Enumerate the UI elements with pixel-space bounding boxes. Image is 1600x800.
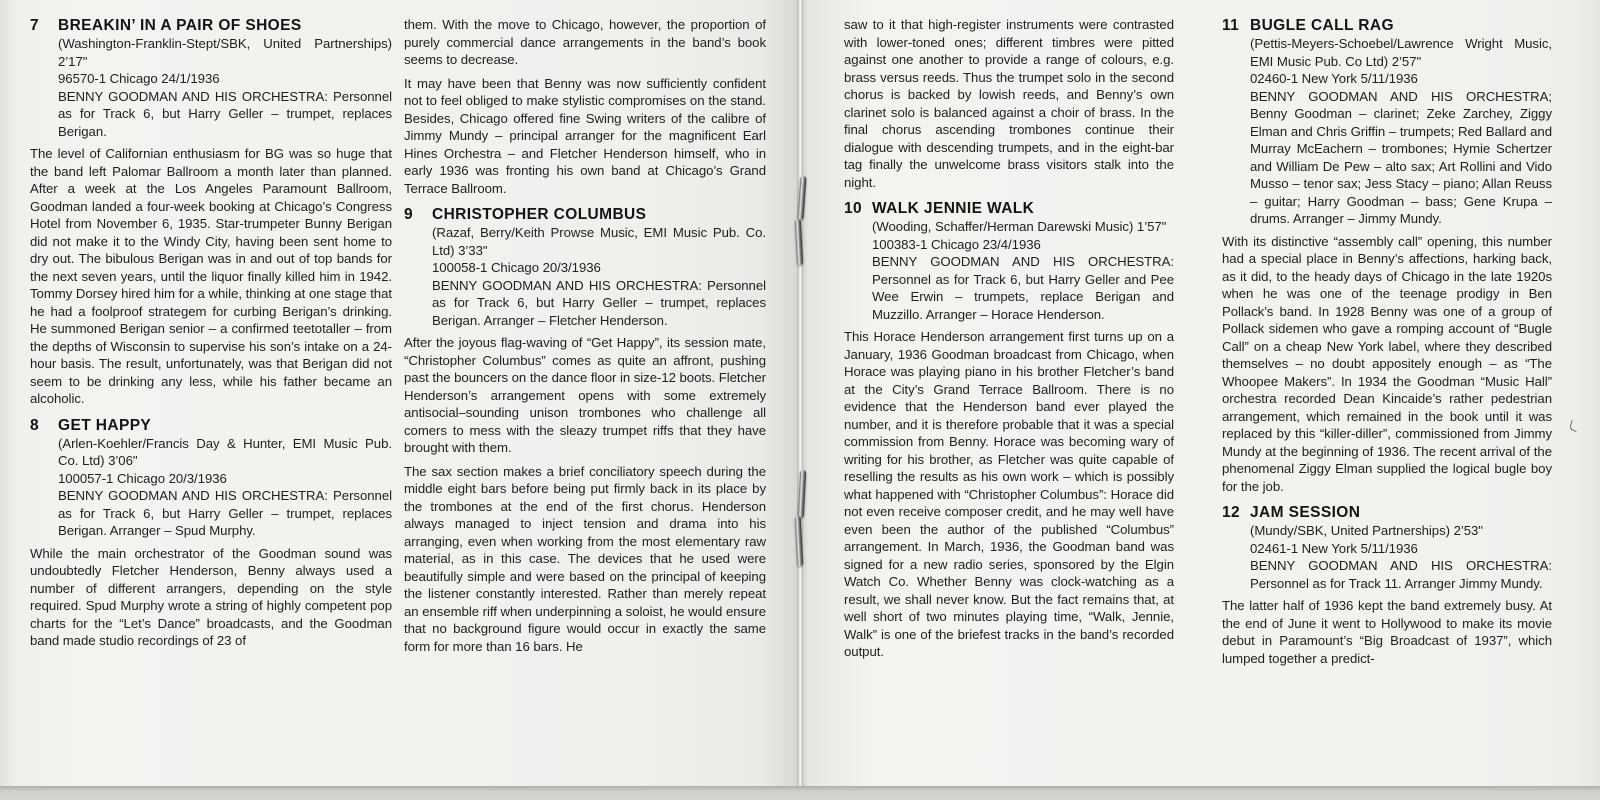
track-credits: (Washington-Franklin-Stept/SBK, United P…: [58, 35, 392, 70]
track-personnel: BENNY GOODMAN AND HIS ORCHESTRA: Personn…: [432, 277, 766, 330]
track-credits: (Arlen-Koehler/Francis Day & Hunter, EMI…: [58, 435, 392, 470]
column-3: saw to it that high-register instruments…: [844, 16, 1174, 661]
track-personnel: BENNY GOODMAN AND HIS ORCHESTRA: Personn…: [1250, 557, 1552, 592]
body-paragraph: them. With the move to Chicago, however,…: [404, 16, 766, 69]
track-title: CHRISTOPHER COLUMBUS: [432, 205, 766, 224]
track-entry-12: 12 JAM SESSION (Mundy/SBK, United Partne…: [1222, 503, 1552, 592]
body-paragraph: saw to it that high-register instruments…: [844, 16, 1174, 191]
track-entry-9: 9 CHRISTOPHER COLUMBUS (Razaf, Berry/Kei…: [404, 205, 766, 329]
track-personnel: BENNY GOODMAN AND HIS ORCHESTRA: Personn…: [58, 487, 392, 540]
track-personnel: BENNY GOODMAN AND HIS ORCHESTRA: Personn…: [872, 253, 1174, 323]
track-title: GET HAPPY: [58, 416, 392, 435]
track-credits: (Wooding, Schaffer/Herman Darewski Music…: [872, 218, 1174, 236]
track-number: 9: [404, 205, 432, 224]
track-matrix: 02460-1 New York 5/11/1936: [1250, 70, 1552, 88]
track-credits: (Mundy/SBK, United Partnerships) 2’53": [1250, 522, 1552, 540]
body-paragraph: With its distinctive “assembly call” ope…: [1222, 233, 1552, 496]
body-paragraph: After the joyous flag-waving of “Get Hap…: [404, 334, 766, 457]
body-paragraph: This Horace Henderson arrangement first …: [844, 328, 1174, 661]
track-matrix: 02461-1 New York 5/11/1936: [1250, 540, 1552, 558]
booklet-scan: 7 BREAKIN’ IN A PAIR OF SHOES (Washingto…: [0, 0, 1600, 800]
track-entry-8: 8 GET HAPPY (Arlen-Koehler/Francis Day &…: [30, 416, 392, 540]
track-matrix: 100058-1 Chicago 20/3/1936: [432, 259, 766, 277]
track-entry-7: 7 BREAKIN’ IN A PAIR OF SHOES (Washingto…: [30, 16, 392, 140]
track-matrix: 100057-1 Chicago 20/3/1936: [58, 470, 392, 488]
body-paragraph: The level of Californian enthusiasm for …: [30, 145, 392, 408]
column-1: 7 BREAKIN’ IN A PAIR OF SHOES (Washingto…: [30, 16, 392, 650]
track-number: 12: [1222, 503, 1250, 522]
track-matrix: 100383-1 Chicago 23/4/1936: [872, 236, 1174, 254]
track-number: 10: [844, 199, 872, 218]
track-matrix: 96570-1 Chicago 24/1/1936: [58, 70, 392, 88]
track-title: WALK JENNIE WALK: [872, 199, 1174, 218]
track-personnel: BENNY GOODMAN AND HIS ORCHESTRA: Personn…: [58, 88, 392, 141]
page-bottom-edge: [0, 786, 1600, 800]
track-credits: (Razaf, Berry/Keith Prowse Music, EMI Mu…: [432, 224, 766, 259]
column-2: them. With the move to Chicago, however,…: [404, 16, 766, 655]
track-credits: (Pettis-Meyers-Schoebel/Lawrence Wright …: [1250, 35, 1552, 70]
body-paragraph: It may have been that Benny was now suff…: [404, 75, 766, 198]
body-paragraph: The latter half of 1936 kept the band ex…: [1222, 597, 1552, 667]
track-entry-11: 11 BUGLE CALL RAG (Pettis-Meyers-Schoebe…: [1222, 16, 1552, 228]
track-number: 11: [1222, 16, 1250, 35]
column-4: 11 BUGLE CALL RAG (Pettis-Meyers-Schoebe…: [1222, 16, 1552, 667]
track-personnel: BENNY GOODMAN AND HIS ORCHESTRA; Benny G…: [1250, 88, 1552, 228]
track-title: BREAKIN’ IN A PAIR OF SHOES: [58, 16, 392, 35]
track-number: 7: [30, 16, 58, 35]
track-number: 8: [30, 416, 58, 435]
body-paragraph: While the main orchestrator of the Goodm…: [30, 545, 392, 650]
booklet-spine: [797, 0, 803, 786]
track-title: BUGLE CALL RAG: [1250, 16, 1552, 35]
track-title: JAM SESSION: [1250, 503, 1552, 522]
track-entry-10: 10 WALK JENNIE WALK (Wooding, Schaffer/H…: [844, 199, 1174, 323]
body-paragraph: The sax section makes a brief conciliato…: [404, 463, 766, 656]
